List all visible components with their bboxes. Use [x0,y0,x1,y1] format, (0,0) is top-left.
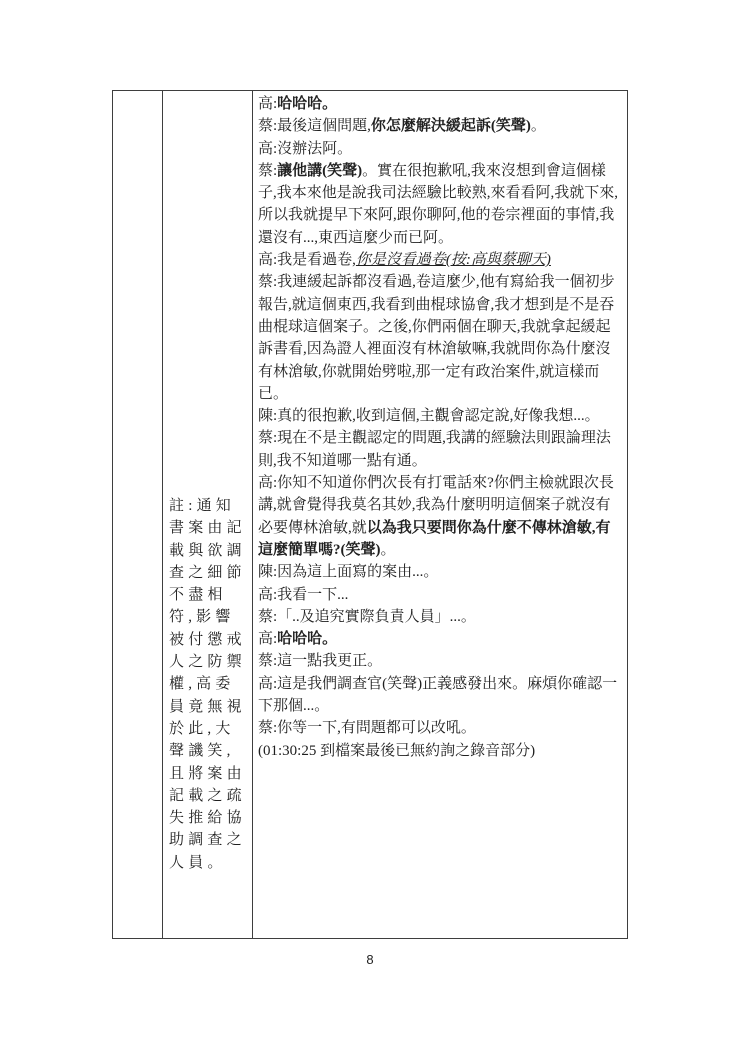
utterance-segment: 蔡:現在不是主觀認定的問題,我講的經驗法則跟論理法則,我不知道哪一點有通。 [258,430,611,468]
utterance: 陳:因為這上面寫的案由...。 [258,561,624,583]
utterance: 高:哈哈哈。 [258,628,624,650]
utterance: 蔡:「..及追究實際負責人員」...。 [258,606,624,628]
table-col-note: 註:通知書案由記載與欲調查之細節不盡相符,影響被付懲戒人之防禦權,高委員竟無視於… [163,91,253,938]
utterance: 蔡:你等一下,有問題都可以改吼。 [258,717,624,739]
transcript-table: 註:通知書案由記載與欲調查之細節不盡相符,影響被付懲戒人之防禦權,高委員竟無視於… [112,90,628,939]
utterance: 蔡:讓他講(笑聲)。實在很抱歉吼,我來沒想到會這個樣子,我本來他是說我司法經驗比… [258,160,624,249]
utterance-segment: 你是沒看過卷(按:高與蔡聊天) [356,252,551,268]
utterance-segment: 陳:因為這上面寫的案由...。 [258,564,438,580]
utterance-segment: 蔡:這一點我更正。 [258,653,382,669]
utterance: 高:你知不知道你們次長有打電話來?你們主檢就跟次長講,就會覺得我莫名其妙,我為什… [258,472,624,561]
utterance-segment: 。 [531,118,546,134]
margin-note: 註:通知書案由記載與欲調查之細節不盡相符,影響被付懲戒人之防禦權,高委員竟無視於… [169,495,248,874]
table-col-empty [113,91,163,938]
utterance-segment: 蔡:最後這個問題, [258,118,371,134]
utterance: 蔡:現在不是主觀認定的問題,我講的經驗法則跟論理法則,我不知道哪一點有通。 [258,427,624,472]
utterance-segment: 蔡: [258,163,277,179]
utterance: 高:這是我們調查官(笑聲)正義感發出來。麻煩你確認一下那個...。 [258,673,624,718]
transcript-content: 高:哈哈哈。蔡:最後這個問題,你怎麼解決緩起訴(笑聲)。高:沒辦法阿。蔡:讓他講… [258,93,624,762]
utterance-segment: 高: [258,631,277,647]
utterance: 蔡:最後這個問題,你怎麼解決緩起訴(笑聲)。 [258,115,624,137]
utterance: 高:哈哈哈。 [258,93,624,115]
utterance-segment: 蔡:你等一下,有問題都可以改吼。 [258,720,476,736]
utterance-segment: 你怎麼解決緩起訴(笑聲) [371,118,531,134]
table-col-transcript: 高:哈哈哈。蔡:最後這個問題,你怎麼解決緩起訴(笑聲)。高:沒辦法阿。蔡:讓他講… [253,91,627,938]
utterance: 陳:真的很抱歉,收到這個,主觀會認定說,好像我想...。 [258,405,624,427]
utterance-segment: 讓他講(笑聲) [277,163,362,179]
utterance-segment: 陳:真的很抱歉,收到這個,主觀會認定說,好像我想...。 [258,408,600,424]
page-number: 8 [0,952,740,967]
utterance: 高:沒辦法阿。 [258,138,624,160]
utterance-segment: 高:我是看過卷, [258,252,356,268]
utterance: 高:我是看過卷,你是沒看過卷(按:高與蔡聊天) [258,249,624,271]
utterance-segment: 哈哈哈。 [277,631,337,647]
document-page: 註:通知書案由記載與欲調查之細節不盡相符,影響被付懲戒人之防禦權,高委員竟無視於… [0,0,740,1046]
utterance-segment: 高: [258,96,277,112]
utterance-segment: 蔡:我連緩起訴都沒看過,卷這麼少,他有寫給我一個初步報告,就這個東西,我看到曲棍… [258,274,615,401]
utterance-segment: 高:我看一下... [258,587,348,603]
utterance-segment: 。 [381,542,396,558]
utterance: 蔡:這一點我更正。 [258,650,624,672]
utterance-segment: (01:30:25 到檔案最後已無約詢之錄音部分) [258,743,535,759]
utterance-segment: 高:沒辦法阿。 [258,141,352,157]
utterance-segment: 哈哈哈。 [277,96,337,112]
utterance: 蔡:我連緩起訴都沒看過,卷這麼少,他有寫給我一個初步報告,就這個東西,我看到曲棍… [258,271,624,405]
utterance: 高:我看一下... [258,584,624,606]
utterance: (01:30:25 到檔案最後已無約詢之錄音部分) [258,740,624,762]
utterance-segment: 高:這是我們調查官(笑聲)正義感發出來。麻煩你確認一下那個...。 [258,676,617,714]
utterance-segment: 蔡:「..及追究實際負責人員」...。 [258,609,476,625]
